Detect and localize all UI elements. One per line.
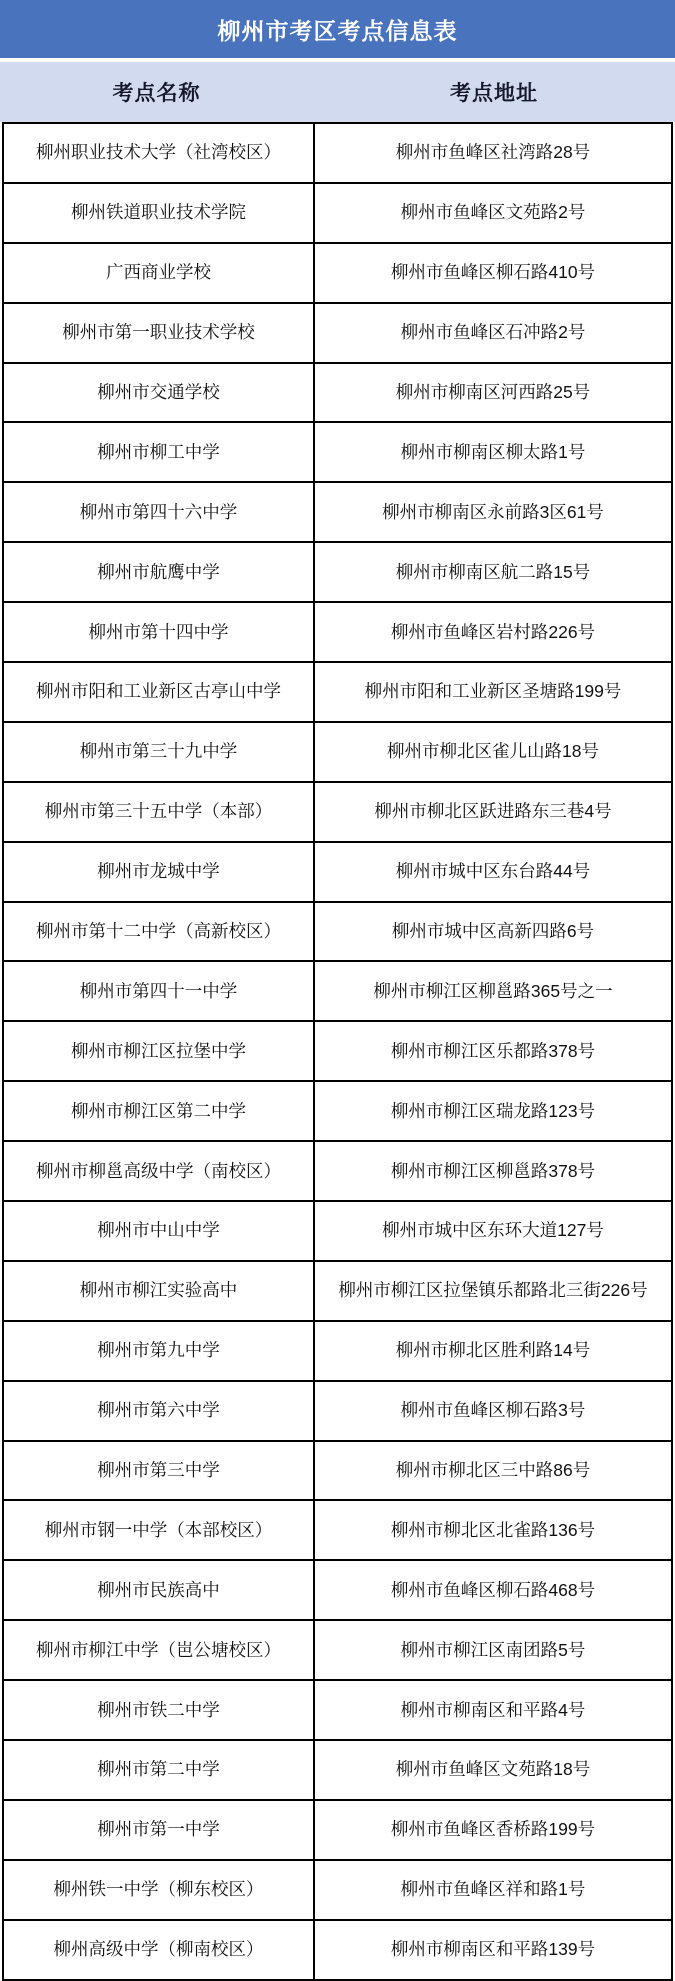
site-address-cell: 柳州市柳南区航二路15号 xyxy=(315,543,671,601)
site-name-cell: 柳州市第四十六中学 xyxy=(4,483,315,541)
site-name-cell: 广西商业学校 xyxy=(4,244,315,302)
column-header-site-address: 考点地址 xyxy=(313,62,675,122)
table-row: 柳州市阳和工业新区古亭山中学 柳州市阳和工业新区圣塘路199号 xyxy=(4,663,671,723)
table-row: 柳州市第一职业技术学校 柳州市鱼峰区石冲路2号 xyxy=(4,304,671,364)
site-address-cell: 柳州市柳北区跃进路东三巷4号 xyxy=(315,783,671,841)
table-row: 柳州市钢一中学（本部校区） 柳州市柳北区北雀路136号 xyxy=(4,1501,671,1561)
site-address-cell: 柳州市柳北区北雀路136号 xyxy=(315,1501,671,1559)
site-name-cell: 柳州市第十二中学（高新校区） xyxy=(4,903,315,961)
site-address-cell: 柳州市柳江区柳邕路365号之一 xyxy=(315,962,671,1020)
site-address-cell: 柳州市柳江区乐都路378号 xyxy=(315,1022,671,1080)
site-address-cell: 柳州市鱼峰区文苑路2号 xyxy=(315,184,671,242)
site-address-cell: 柳州市柳南区和平路139号 xyxy=(315,1921,671,1979)
table-row: 柳州市航鹰中学 柳州市柳南区航二路15号 xyxy=(4,543,671,603)
column-header-site-name: 考点名称 xyxy=(0,62,313,122)
site-address-cell: 柳州市柳江区柳邕路378号 xyxy=(315,1142,671,1200)
table-row: 柳州职业技术大学（社湾校区） 柳州市鱼峰区社湾路28号 xyxy=(4,124,671,184)
table-row: 柳州市民族高中 柳州市鱼峰区柳石路468号 xyxy=(4,1561,671,1621)
site-name-cell: 柳州市第三十五中学（本部） xyxy=(4,783,315,841)
site-address-cell: 柳州市阳和工业新区圣塘路199号 xyxy=(315,663,671,721)
table-row: 柳州市柳江区拉堡中学 柳州市柳江区乐都路378号 xyxy=(4,1022,671,1082)
table-row: 柳州市龙城中学 柳州市城中区东台路44号 xyxy=(4,843,671,903)
site-address-cell: 柳州市柳江区南团路5号 xyxy=(315,1621,671,1679)
site-name-cell: 柳州市第九中学 xyxy=(4,1322,315,1380)
site-name-cell: 柳州市第六中学 xyxy=(4,1382,315,1440)
table-row: 广西商业学校 柳州市鱼峰区柳石路410号 xyxy=(4,244,671,304)
site-name-cell: 柳州市交通学校 xyxy=(4,364,315,422)
table-row: 柳州高级中学（柳南校区） 柳州市柳南区和平路139号 xyxy=(4,1921,671,1981)
site-name-cell: 柳州市阳和工业新区古亭山中学 xyxy=(4,663,315,721)
table-row: 柳州市第十四中学 柳州市鱼峰区岩村路226号 xyxy=(4,603,671,663)
site-name-cell: 柳州市柳邕高级中学（南校区） xyxy=(4,1142,315,1200)
site-name-cell: 柳州市第一职业技术学校 xyxy=(4,304,315,362)
table-row: 柳州市交通学校 柳州市柳南区河西路25号 xyxy=(4,364,671,424)
table-row: 柳州市第二中学 柳州市鱼峰区文苑路18号 xyxy=(4,1741,671,1801)
table-row: 柳州市柳江中学（岜公塘校区） 柳州市柳江区南团路5号 xyxy=(4,1621,671,1681)
site-address-cell: 柳州市柳北区雀儿山路18号 xyxy=(315,723,671,781)
site-address-cell: 柳州市鱼峰区柳石路468号 xyxy=(315,1561,671,1619)
table-row: 柳州市第三中学 柳州市柳北区三中路86号 xyxy=(4,1442,671,1502)
table-row: 柳州市柳江区第二中学 柳州市柳江区瑞龙路123号 xyxy=(4,1082,671,1142)
site-name-cell: 柳州市钢一中学（本部校区） xyxy=(4,1501,315,1559)
site-name-cell: 柳州铁一中学（柳东校区） xyxy=(4,1861,315,1919)
site-address-cell: 柳州市柳北区胜利路14号 xyxy=(315,1322,671,1380)
table-row: 柳州铁一中学（柳东校区） 柳州市鱼峰区祥和路1号 xyxy=(4,1861,671,1921)
site-name-cell: 柳州职业技术大学（社湾校区） xyxy=(4,124,315,182)
site-address-cell: 柳州市柳南区永前路3区61号 xyxy=(315,483,671,541)
site-name-cell: 柳州市龙城中学 xyxy=(4,843,315,901)
exam-site-info-page: 柳州市考区考点信息表 考点名称 考点地址 柳州职业技术大学（社湾校区） 柳州市鱼… xyxy=(0,0,675,1981)
site-address-cell: 柳州市鱼峰区祥和路1号 xyxy=(315,1861,671,1919)
site-address-cell: 柳州市鱼峰区柳石路3号 xyxy=(315,1382,671,1440)
site-name-cell: 柳州市柳江中学（岜公塘校区） xyxy=(4,1621,315,1679)
site-name-cell: 柳州市第三十九中学 xyxy=(4,723,315,781)
site-name-cell: 柳州市航鹰中学 xyxy=(4,543,315,601)
site-address-cell: 柳州市鱼峰区石冲路2号 xyxy=(315,304,671,362)
table-row: 柳州市第四十六中学 柳州市柳南区永前路3区61号 xyxy=(4,483,671,543)
site-address-cell: 柳州市柳南区河西路25号 xyxy=(315,364,671,422)
table-row: 柳州市柳工中学 柳州市柳南区柳太路1号 xyxy=(4,423,671,483)
table-row: 柳州铁道职业技术学院 柳州市鱼峰区文苑路2号 xyxy=(4,184,671,244)
table-row: 柳州市第三十五中学（本部） 柳州市柳北区跃进路东三巷4号 xyxy=(4,783,671,843)
table-row: 柳州市第六中学 柳州市鱼峰区柳石路3号 xyxy=(4,1382,671,1442)
table-row: 柳州市第四十一中学 柳州市柳江区柳邕路365号之一 xyxy=(4,962,671,1022)
table-row: 柳州市柳邕高级中学（南校区） 柳州市柳江区柳邕路378号 xyxy=(4,1142,671,1202)
site-address-cell: 柳州市鱼峰区香桥路199号 xyxy=(315,1801,671,1859)
site-address-cell: 柳州市柳南区和平路4号 xyxy=(315,1681,671,1739)
site-name-cell: 柳州市柳江区拉堡中学 xyxy=(4,1022,315,1080)
site-name-cell: 柳州市第一中学 xyxy=(4,1801,315,1859)
site-name-cell: 柳州市第二中学 xyxy=(4,1741,315,1799)
site-name-cell: 柳州市第四十一中学 xyxy=(4,962,315,1020)
site-address-cell: 柳州市城中区高新四路6号 xyxy=(315,903,671,961)
site-name-cell: 柳州高级中学（柳南校区） xyxy=(4,1921,315,1979)
table-row: 柳州市柳江实验高中 柳州市柳江区拉堡镇乐都路北三街226号 xyxy=(4,1262,671,1322)
table-header-row: 考点名称 考点地址 xyxy=(0,62,675,122)
table-body: 柳州职业技术大学（社湾校区） 柳州市鱼峰区社湾路28号 柳州铁道职业技术学院 柳… xyxy=(2,122,673,1981)
site-name-cell: 柳州市柳工中学 xyxy=(4,423,315,481)
site-address-cell: 柳州市鱼峰区社湾路28号 xyxy=(315,124,671,182)
site-address-cell: 柳州市柳南区柳太路1号 xyxy=(315,423,671,481)
page-title: 柳州市考区考点信息表 xyxy=(218,13,458,46)
table-row: 柳州市中山中学 柳州市城中区东环大道127号 xyxy=(4,1202,671,1262)
table-row: 柳州市第十二中学（高新校区） 柳州市城中区高新四路6号 xyxy=(4,903,671,963)
site-address-cell: 柳州市城中区东台路44号 xyxy=(315,843,671,901)
site-address-cell: 柳州市鱼峰区岩村路226号 xyxy=(315,603,671,661)
site-name-cell: 柳州市柳江实验高中 xyxy=(4,1262,315,1320)
site-address-cell: 柳州市鱼峰区文苑路18号 xyxy=(315,1741,671,1799)
site-name-cell: 柳州市铁二中学 xyxy=(4,1681,315,1739)
table-row: 柳州市铁二中学 柳州市柳南区和平路4号 xyxy=(4,1681,671,1741)
site-name-cell: 柳州市民族高中 xyxy=(4,1561,315,1619)
site-address-cell: 柳州市柳江区拉堡镇乐都路北三街226号 xyxy=(315,1262,671,1320)
site-name-cell: 柳州市第十四中学 xyxy=(4,603,315,661)
site-address-cell: 柳州市城中区东环大道127号 xyxy=(315,1202,671,1260)
table-row: 柳州市第三十九中学 柳州市柳北区雀儿山路18号 xyxy=(4,723,671,783)
site-address-cell: 柳州市柳北区三中路86号 xyxy=(315,1442,671,1500)
site-name-cell: 柳州市中山中学 xyxy=(4,1202,315,1260)
table-row: 柳州市第一中学 柳州市鱼峰区香桥路199号 xyxy=(4,1801,671,1861)
site-name-cell: 柳州市柳江区第二中学 xyxy=(4,1082,315,1140)
site-address-cell: 柳州市柳江区瑞龙路123号 xyxy=(315,1082,671,1140)
site-name-cell: 柳州市第三中学 xyxy=(4,1442,315,1500)
table-title-bar: 柳州市考区考点信息表 xyxy=(0,0,675,58)
site-name-cell: 柳州铁道职业技术学院 xyxy=(4,184,315,242)
table-row: 柳州市第九中学 柳州市柳北区胜利路14号 xyxy=(4,1322,671,1382)
site-address-cell: 柳州市鱼峰区柳石路410号 xyxy=(315,244,671,302)
